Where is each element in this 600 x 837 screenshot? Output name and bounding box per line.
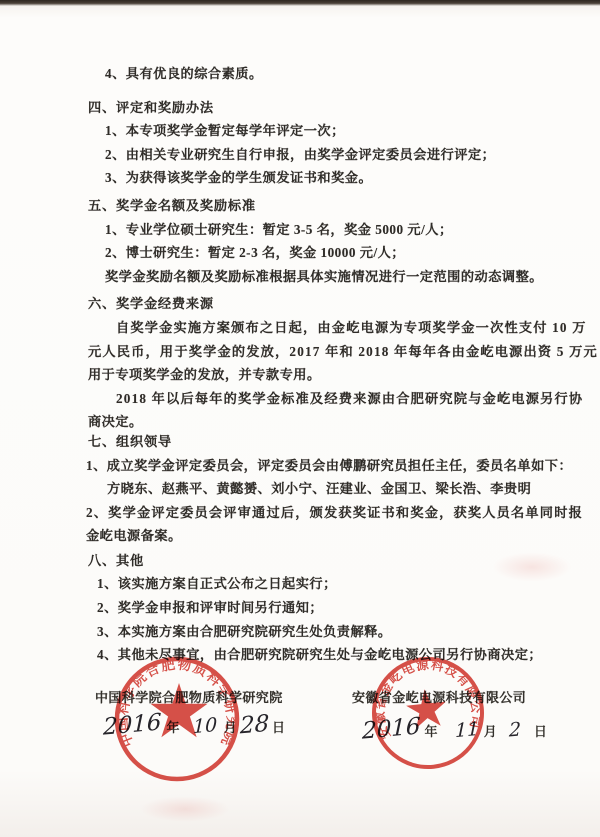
day-unit: 日 — [534, 721, 547, 740]
day-value: 2 — [509, 718, 521, 741]
official-seal-left: 中国科学院合肥物质科学研究院 — [107, 649, 247, 789]
signature-area: 中国科学院合肥物质科学研究院 安徽省金屹电源科技有限公司 2016 年 10 月… — [0, 0, 600, 837]
star-icon — [405, 687, 449, 729]
scanned-document-page: 4、具有优良的综合素质。 四、评定和奖励办法 1、本专项奖学金暂定每学年评定一次… — [0, 0, 600, 837]
ink-smudge — [492, 552, 572, 582]
day-unit: 日 — [272, 717, 285, 736]
official-seal-right: 安徽省金屹电源科技有限公司 — [360, 645, 496, 781]
ink-smudge — [140, 796, 230, 822]
star-icon — [150, 683, 207, 737]
